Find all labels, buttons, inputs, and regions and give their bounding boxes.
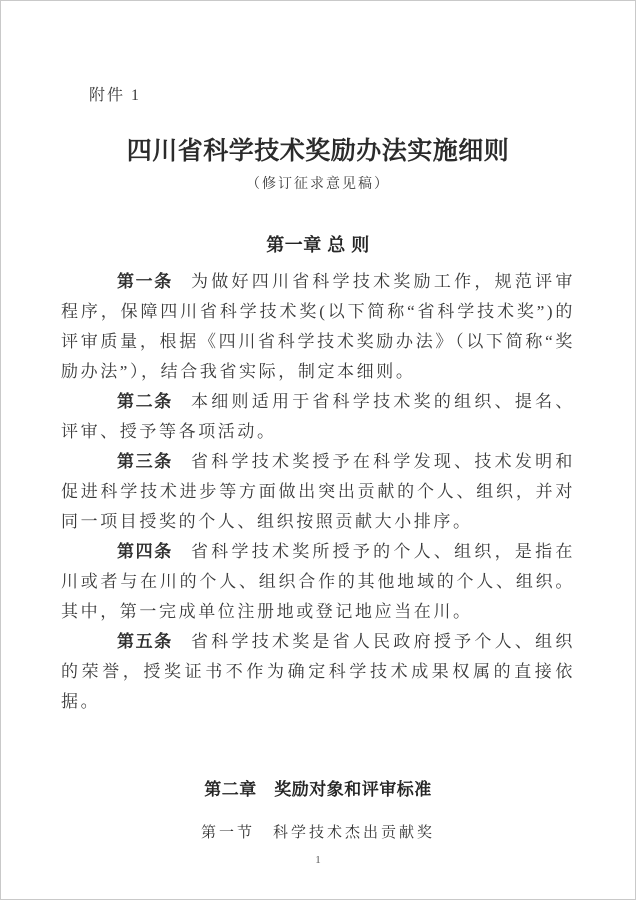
article-5: 第五条省科学技术奖是省人民政府授予个人、组织的荣誉，授奖证书不作为确定科学技术成…: [61, 627, 575, 717]
article-5-number: 第五条: [117, 632, 173, 651]
article-4-number: 第四条: [117, 542, 173, 561]
page-number: 1: [61, 854, 575, 866]
article-4: 第四条省科学技术奖所授予的个人、组织，是指在川或者与在川的个人、组织合作的其他地…: [61, 537, 575, 627]
chapter-2-heading: 第二章 奖励对象和评审标准: [61, 779, 575, 801]
section-1-heading: 第一节 科学技术杰出贡献奖: [61, 821, 575, 842]
chapter-1-heading: 第一章 总 则: [61, 234, 575, 257]
article-1-number: 第一条: [117, 272, 173, 291]
document-page: 附件 1 四川省科学技术奖励办法实施细则 （修订征求意见稿） 第一章 总 则 第…: [0, 0, 636, 900]
document-title: 四川省科学技术奖励办法实施细则: [61, 136, 575, 167]
article-3: 第三条省科学技术奖授予在科学发现、技术发明和促进科学技术进步等方面做出突出贡献的…: [61, 447, 575, 537]
attachment-label: 附件 1: [89, 87, 575, 105]
document-subtitle: （修订征求意见稿）: [61, 176, 575, 194]
article-3-number: 第三条: [117, 452, 173, 471]
articles-block: 第一条为做好四川省科学技术奖励工作，规范评审程序，保障四川省科学技术奖(以下简称…: [61, 267, 575, 717]
page-content: 附件 1 四川省科学技术奖励办法实施细则 （修订征求意见稿） 第一章 总 则 第…: [1, 87, 635, 866]
article-2-number: 第二条: [117, 392, 173, 411]
article-2: 第二条本细则适用于省科学技术奖的组织、提名、评审、授予等各项活动。: [61, 387, 575, 447]
article-1: 第一条为做好四川省科学技术奖励工作，规范评审程序，保障四川省科学技术奖(以下简称…: [61, 267, 575, 387]
